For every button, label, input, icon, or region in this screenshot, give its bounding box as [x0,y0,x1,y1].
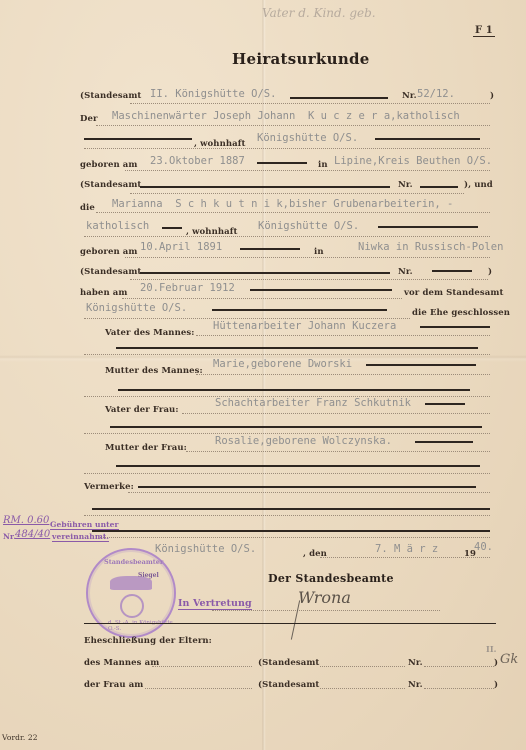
label-standesamt: (Standesamt [80,267,141,277]
blank-line [92,508,490,510]
blank-line [110,426,482,428]
fee-text: Gebühren unter [50,520,119,530]
marriage-date: 20.Februar 1912 [140,282,235,294]
stamp-top-text: Standesbeamter [104,558,163,566]
label-close-paren: ) [490,91,494,101]
dotted-line [128,492,490,493]
registrar-signature: Wrona [298,588,351,607]
label-in: in [314,247,324,257]
dotted-line [130,193,464,194]
blank-line [250,289,392,291]
dotted-line [84,515,490,516]
dotted-line [122,298,402,299]
fee-amount: RM. 0.60 [3,515,49,526]
label-standesamt-paren: (Standesamt [258,680,319,690]
label-nr: Nr. [402,91,417,101]
dotted-line [212,610,440,611]
label-mutter-der-frau: Mutter der Frau: [105,443,187,453]
blank-line [378,226,478,228]
label-close-paren: ) [494,658,498,668]
registry-number: 52/12. [417,88,455,100]
blank-line [375,138,480,140]
groom-description: Maschinenwärter Joseph Johann K u c z e … [112,110,460,122]
blank-line [366,364,476,366]
blank-line [162,227,182,229]
registrar-title: Der Standesbeamte [268,572,394,585]
label-nr: Nr. [408,680,423,690]
dotted-line [96,125,490,126]
document-title: Heiratsurkunde [232,50,370,68]
bride-mother: Rosalie,geborene Wolczynska. [215,435,392,447]
form-code: F 1 [473,25,495,37]
label-close-paren: ) [494,680,498,690]
issue-year: 40. [474,541,493,553]
label-standesamt: (Standesamt [80,180,141,190]
wreath-icon [120,594,144,618]
label-die: die [80,203,95,213]
blank-line [138,486,476,488]
label-nr: Nr. [408,658,423,668]
blank-line [118,389,470,391]
label-vater-des-mannes: Vater des Mannes: [105,328,195,338]
bride-religion: katholisch [86,220,149,232]
dotted-line [186,451,490,452]
label-in: in [318,160,328,170]
marriage-office: Königshütte O/S. [86,302,187,314]
bride-description: Marianna S c h k u t n i k,bisher Gruben… [112,198,453,210]
separator-rule [84,623,496,624]
registry-office: II. Königshütte O/S. [150,88,276,100]
groom-father: Hüttenarbeiter Johann Kuczera [213,320,396,332]
label-nr: Nr. [398,267,413,277]
blank-line [212,309,387,311]
dotted-line [320,688,405,689]
bride-father: Schachtarbeiter Franz Schkutnik [215,397,411,409]
label-die-ehe-geschlossen: die Ehe geschlossen [412,308,510,318]
label-eheschliessung: Eheschließung der Eltern: [84,636,212,646]
label-nr: Nr. [398,180,413,190]
dotted-line [130,103,490,104]
dotted-line [84,318,410,319]
label-geboren-am: geboren am [80,247,138,257]
blank-line [140,272,390,274]
label-haben-am: haben am [80,288,127,298]
blank-line [140,186,390,188]
blank-line [425,403,465,405]
label-vermerke: Vermerke: [84,482,134,492]
dotted-line [84,433,490,434]
dotted-line [130,279,488,280]
fee-collected-text: vereinnahmt. [52,532,109,542]
margin-mark: II. [486,644,497,654]
dotted-line [196,374,490,375]
issue-place: Königshütte O/S. [155,543,256,555]
dotted-line [424,666,494,667]
blank-line [84,138,192,140]
issue-date: 7. M ä r z [375,543,438,555]
stamp-middle-text: Siegel [138,572,159,579]
blank-line [420,326,490,328]
dotted-line [84,148,490,149]
label-der-frau-am: der Frau am [84,680,143,690]
label-geboren-am: geboren am [80,160,138,170]
dotted-line [145,688,252,689]
groom-birth-place: Lipine,Kreis Beuthen O/S. [334,155,492,167]
label-close-und: ), und [464,180,493,190]
blank-line [116,465,480,467]
form-footer: Vordr. 22 [2,733,38,742]
blank-line [240,248,300,250]
label-standesamt-paren: (Standesamt [258,658,319,668]
fee-nr-value: 484/40 [15,529,50,540]
dotted-line [320,557,490,558]
blank-line [92,530,490,532]
dotted-line [182,413,490,414]
dotted-line [100,537,490,538]
dotted-line [320,666,405,667]
stamp-bottom-text: d. St.-A. in Königshütte O.-S. [108,620,174,632]
bride-birth-place: Niwka in Russisch-Polen [358,241,503,253]
dotted-line [125,257,490,258]
blank-line [415,441,473,443]
groom-residence: Königshütte O/S. [257,132,358,144]
label-mutter-des-mannes: Mutter des Mannes: [105,366,203,376]
dotted-line [96,212,490,213]
dotted-line [125,170,490,171]
dotted-line [152,666,252,667]
label-der: Der [80,114,98,124]
dotted-line [84,236,490,237]
dotted-line [196,335,490,336]
blank-line [116,347,478,349]
dotted-line [84,354,490,355]
label-vor-dem-standesamt: vor dem Standesamt [404,288,503,298]
label-standesamt: (Standesamt [80,91,141,101]
label-des-mannes-am: des Mannes am [84,658,159,668]
groom-mother: Marie,geborene Dworski [213,358,352,370]
dotted-line [84,473,490,474]
margin-initials: Gk [500,652,518,667]
official-seal-stamp: Standesbeamter Siegel d. St.-A. in König… [86,548,176,638]
blank-line [290,97,388,99]
label-close-paren: ) [488,267,492,277]
in-vertretung-stamp: In Vertretung [178,598,252,610]
dotted-line [424,688,494,689]
pencil-note: Vater d. Kind. geb. [262,6,376,20]
blank-line [420,186,458,188]
blank-line [432,270,472,272]
blank-line [257,162,307,164]
groom-birth-date: 23.Oktober 1887 [150,155,245,167]
bride-birth-date: 10.April 1891 [140,241,222,253]
label-vater-der-frau: Vater der Frau: [105,405,179,415]
bride-residence: Königshütte O/S. [258,220,359,232]
